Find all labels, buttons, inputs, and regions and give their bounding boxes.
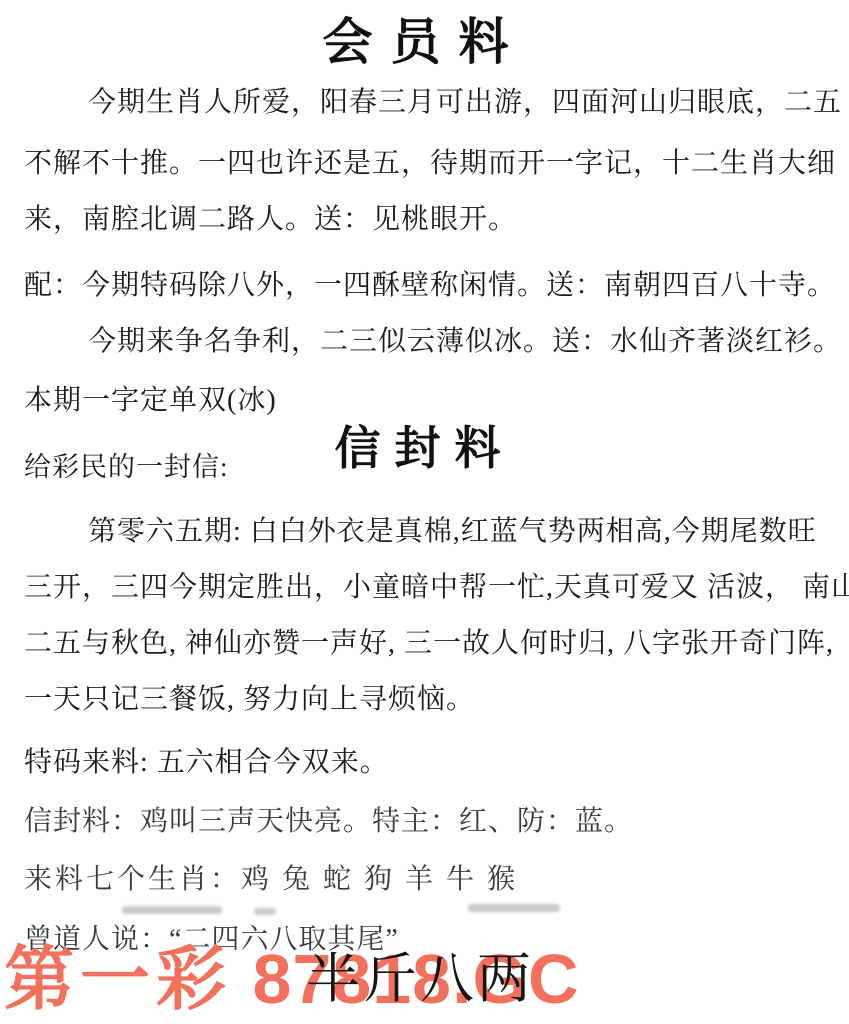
member-pei-line: 配：今期特码除八外，一四酥壁称闲情。送：南朝四百八十寺。 xyxy=(24,263,847,303)
member-paragraph-line-2: 不解不十推。一四也许还是五，待期而开一字记，十二生肖大细 xyxy=(24,141,847,181)
member-paragraph-line-1: 今期生肖人所爱，阳春三月可出游，四面河山归眼底，二五 xyxy=(88,80,847,120)
special-code-line: 特码来料: 五六相合今双来。 xyxy=(24,740,847,780)
zodiac-line: 来料七个生肖：鸡 兔 蛇 狗 羊 牛 猴 xyxy=(24,857,847,897)
letter-to-punters-label: 给彩民的一封信: xyxy=(24,445,229,484)
envelope-tip-line: 信封料：鸡叫三声天快亮。特主：红、防：蓝。 xyxy=(24,799,847,839)
envelope-letter-line-3: 二五与秋色, 神仙亦赞一声好, 三一故人何时归, 八字张开奇门阵, xyxy=(24,621,847,661)
member-section-title: 会员料 xyxy=(0,2,849,74)
watermark-brand-text: 第一彩 xyxy=(4,940,232,1018)
member-paragraph-line-3: 来，南腔北调二路人。送：见桃眼开。 xyxy=(24,197,847,237)
envelope-letter-line-2: 三开，三四今期定胜出，小童暗中帮一忙,天真可爱又 活波， 南山 xyxy=(24,565,847,605)
member-mingli-line: 今期来争名争利，二三似云薄似冰。送：水仙齐著淡红衫。 xyxy=(88,319,847,359)
banjin-baliang-overlay-text: 半斤八两 xyxy=(306,952,534,1006)
envelope-letter-line-4: 一天只记三餐饭, 努力向上寻烦恼。 xyxy=(24,677,847,717)
scanned-lottery-tip-sheet: 会员料 今期生肖人所爱，阳春三月可出游，四面河山归眼底，二五 不解不十推。一四也… xyxy=(0,0,849,1024)
envelope-letter-line-1: 第零六五期: 白白外衣是真棉,红蓝气势两相高,今期尾数旺 xyxy=(88,509,847,549)
